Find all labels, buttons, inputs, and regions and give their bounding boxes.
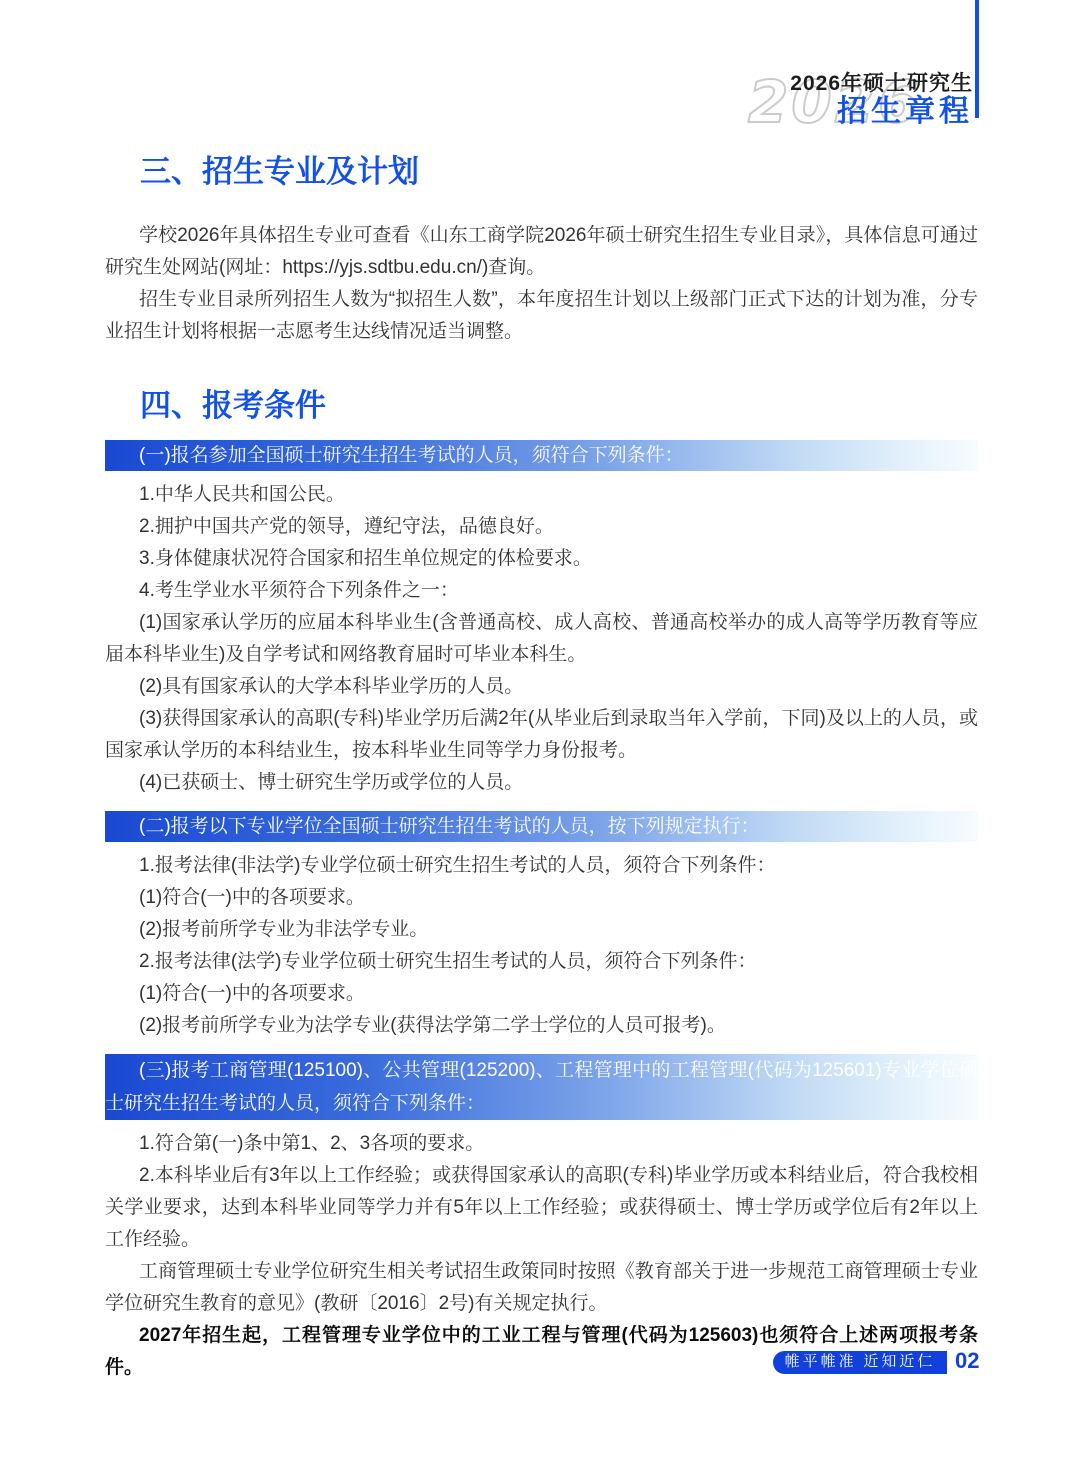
list-item: 2.本科毕业后有3年以上工作经验；或获得国家承认的高职(专科)毕业学历或本科结业… [105,1160,978,1256]
footer-motto-pill: 帷平帷准 近知近仁 [773,1351,947,1374]
list-item: 工商管理硕士专业学位研究生相关考试招生政策同时按照《教育部关于进一步规范工商管理… [105,1256,978,1320]
paragraph-enrollment-plan: 招生专业目录所列招生人数为“拟招生人数”，本年度招生计划以上级部门正式下达的计划… [105,284,978,348]
subsection-banner-2: (二)报考以下专业学位全国硕士研究生招生考试的人员，按下列规定执行： [105,811,978,842]
list-item: 1.符合第(一)条中第1、2、3各项的要求。 [105,1128,978,1160]
list-item: (2)具有国家承认的大学本科毕业学历的人员。 [105,671,978,703]
header-title-line1: 2026年硕士研究生 [790,72,973,95]
list-item: 1.报考法律(非法学)专业学位硕士研究生招生考试的人员，须符合下列条件： [105,850,978,882]
list-item: (4)已获硕士、博士研究生学历或学位的人员。 [105,767,978,799]
header-title-line2: 招生章程 [790,95,973,128]
section-title-application-requirements: 四、报考条件 [140,384,978,428]
list-item: 2.报考法律(法学)专业学位硕士研究生招生考试的人员，须符合下列条件： [105,946,978,978]
section-title-admission-majors: 三、招生专业及计划 [140,150,978,194]
subsection-banner-3: (三)报考工商管理(125100)、公共管理(125200)、工程管理中的工程管… [105,1054,978,1120]
list-item: (2)报考前所学专业为法学专业(获得法学第二学士学位的人员可报考)。 [105,1010,978,1042]
header-vertical-rule [975,0,979,118]
list-item: (1)符合(一)中的各项要求。 [105,978,978,1010]
list-item: 4.考生学业水平须符合下列条件之一： [105,575,978,607]
paragraph-majors-catalog: 学校2026年具体招生专业可查看《山东工商学院2026年硕士研究生招生专业目录》… [105,220,978,284]
footer-motto: 帷平帷准 近知近仁 [785,1354,936,1370]
list-item: 2.拥护中国共产党的领导，遵纪守法，品德良好。 [105,511,978,543]
list-item: 3.身体健康状况符合国家和招生单位规定的体检要求。 [105,543,978,575]
list-item: (3)获得国家承认的高职(专科)毕业学历后满2年(从毕业后到录取当年入学前，下同… [105,703,978,767]
list-item: (2)报考前所学专业为非法学专业。 [105,914,978,946]
list-item: 1.中华人民共和国公民。 [105,479,978,511]
document-content: 三、招生专业及计划 学校2026年具体招生专业可查看《山东工商学院2026年硕士… [105,150,978,1384]
page-header: 2026年硕士研究生 招生章程 [790,72,973,128]
subsection-banner-1: (一)报名参加全国硕士研究生招生考试的人员，须符合下列条件： [105,440,978,471]
page-number: 02 [955,1348,979,1374]
list-item: (1)国家承认学历的应届本科毕业生(含普通高校、成人高校、普通高校举办的成人高等… [105,607,978,671]
list-item: (1)符合(一)中的各项要求。 [105,882,978,914]
